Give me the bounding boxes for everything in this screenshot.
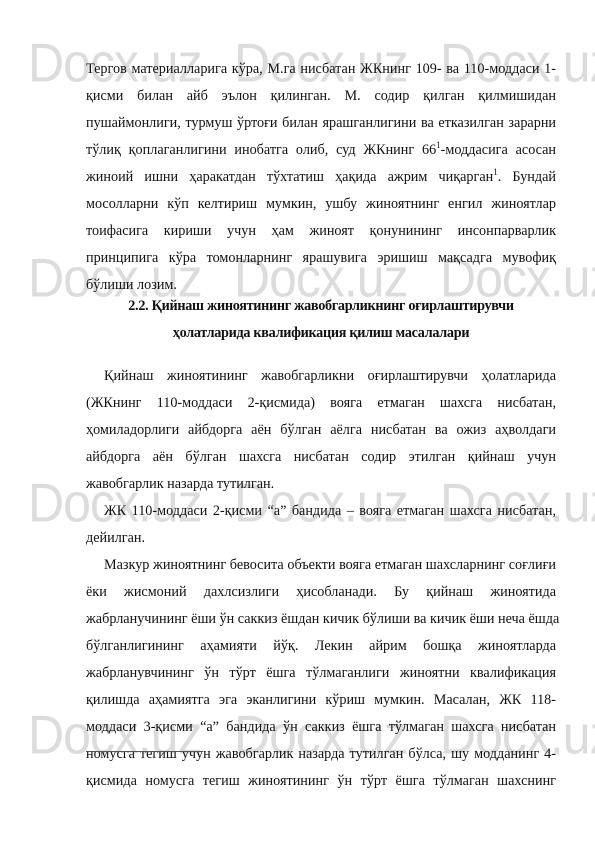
- footnote-separator: [86, 751, 203, 752]
- paragraph-3-line: ЖК 110-моддаси 2-қисми “а” бандида – воя…: [104, 502, 556, 520]
- paragraph-4-line: Мазкур жиноятнинг бевосита объекти вояга…: [104, 556, 556, 574]
- paragraph-1-text: -моддасига асосан: [441, 142, 556, 158]
- paragraph-1-line: тоифасига кириши учун ҳам жиноят қонунин…: [86, 222, 556, 240]
- paragraph-2-line: Қийнаш жиноятининг жавобгарликни оғирлаш…: [104, 367, 556, 385]
- paragraph-1-line: пушаймонлиги, турмуш ўртоғи билан ярашга…: [86, 114, 556, 132]
- paragraph-4-line: жабрланувчининг ўн тўрт ёшга тўлмаганлиг…: [86, 664, 556, 682]
- paragraph-4-line: ёки жисмоний дахлсизлиги ҳисобланади. Бу…: [86, 583, 556, 601]
- paragraph-1-text: . Бундай: [498, 169, 556, 185]
- paragraph-1-line: принципига кўра томонларнинг ярашувига э…: [86, 249, 556, 267]
- paragraph-1-line: тўлиқ қоплаганлигини инобатга олиб, суд …: [86, 141, 556, 159]
- section-heading: 2.2. Қийнаш жиноятининг жавобгарликнинг …: [86, 297, 556, 315]
- paragraph-2-line: айбдорга аён бўлган шахсга нисбатан соди…: [86, 448, 556, 466]
- paragraph-4-line: қисмида номусга тегиш жиноятининг ўн тўр…: [86, 772, 556, 790]
- paragraph-4-line: номусга тегиш учун жавобгарлик назарда т…: [86, 745, 556, 763]
- paragraph-4-line: қилишда аҳамиятга эга эканлигини кўриш м…: [86, 691, 556, 709]
- paragraph-1-line: жиноий ишни ҳаракатдан тўхтатиш ҳақида а…: [86, 168, 556, 186]
- paragraph-1-text: тўлиқ қоплаганлигини инобатга олиб, суд …: [86, 142, 436, 158]
- paragraph-4-line: жабрланучининг ёши ўн саккиз ёшдан кичик…: [86, 610, 556, 628]
- paragraph-2-line: (ЖКнинг 110-моддаси 2-қисмида) вояга етм…: [86, 394, 556, 412]
- paragraph-1-line: бўлиши лозим.: [86, 276, 556, 294]
- paragraph-2-line: жавобгарлик назарда тутилган.: [86, 475, 556, 493]
- paragraph-1-line: мосолларни кўп келтириш мумкин, ушбу жин…: [86, 195, 556, 213]
- paragraph-4-line: бўлганлигининг аҳамияти йўқ. Лекин айрим…: [86, 637, 556, 655]
- paragraph-4-line: моддаси 3-қисми “а” бандида ўн саккиз ёш…: [86, 718, 556, 736]
- paragraph-1-line: қисми билан айб эълон қилинган. М. содир…: [86, 87, 556, 105]
- paragraph-1-text: жиноий ишни ҳаракатдан тўхтатиш ҳақида а…: [86, 169, 493, 185]
- paragraph-2-line: ҳомиладорлиги айбдорга аён бўлган аёлга …: [86, 421, 556, 439]
- paragraph-1-line: Тергов материалларига кўра, М.га нисбата…: [86, 60, 556, 78]
- section-heading: ҳолатларида квалификация қилиш масалалар…: [86, 324, 556, 342]
- document-page: Тергов материалларига кўра, М.га нисбата…: [0, 0, 595, 842]
- paragraph-3-line: дейилган.: [86, 529, 556, 547]
